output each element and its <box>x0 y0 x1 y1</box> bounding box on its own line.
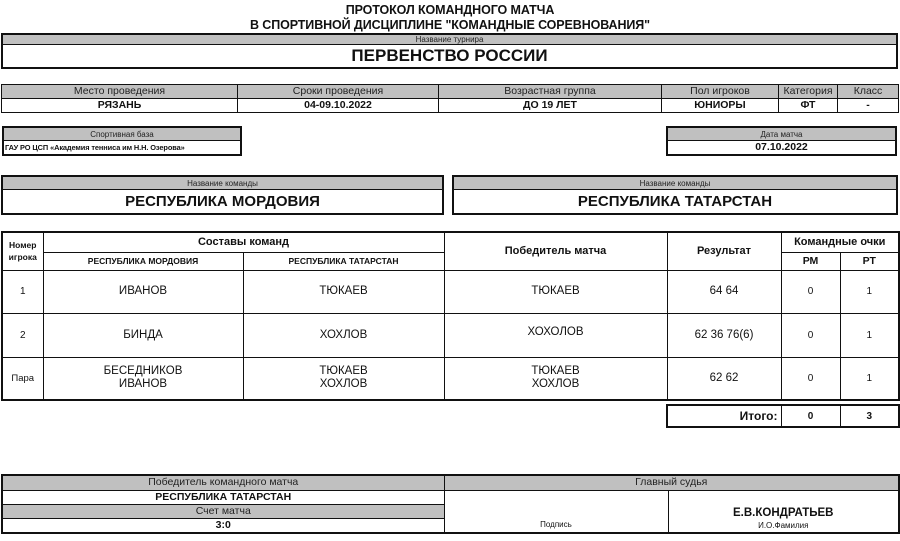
row-number: 1 <box>2 270 43 313</box>
venue-value: РЯЗАНЬ <box>2 99 238 113</box>
dates-value: 04-09.10.2022 <box>238 99 439 113</box>
pair-player-2: ХОХЛОВ <box>244 378 444 391</box>
row-winner: ТЮКАЕВ <box>444 270 667 313</box>
gender-value: ЮНИОРЫ <box>662 99 779 113</box>
sports-base-box: Спортивная база ГАУ РО ЦСП «Академия тен… <box>2 126 242 156</box>
age-group-value: ДО 19 ЛЕТ <box>439 99 662 113</box>
tournament-label: Название турнира <box>3 35 896 45</box>
document-title-line1: ПРОТОКОЛ КОМАНДНОГО МАТЧА <box>0 3 900 18</box>
pair-player-2: ИВАНОВ <box>44 378 243 391</box>
footer-table: Победитель командного матча Главный судь… <box>1 474 900 534</box>
row-team1-player: ИВАНОВ <box>43 270 243 313</box>
match-date-label: Дата матча <box>668 128 895 141</box>
col-match-winner: Победитель матча <box>444 232 667 270</box>
row-points-team2: 1 <box>840 270 899 313</box>
dates-label: Сроки проведения <box>238 85 439 99</box>
team1-label: Название команды <box>3 177 442 190</box>
col-result: Результат <box>667 232 781 270</box>
document-title-line2: В СПОРТИВНОЙ ДИСЦИПЛИНЕ "КОМАНДНЫЕ СОРЕВ… <box>0 18 900 33</box>
row-result: 62 62 <box>667 357 781 400</box>
col-player-number: Номер игрока <box>2 232 43 270</box>
col-player-number-line2: игрока <box>3 251 43 263</box>
team2-box: Название команды РЕСПУБЛИКА ТАТАРСТАН <box>452 175 898 215</box>
row-team2-player: ХОХЛОВ <box>243 313 444 357</box>
referee-name-label: И.О.Фамилия <box>669 521 899 531</box>
pair-winner-2: ХОХЛОВ <box>445 378 667 391</box>
match-winner-label: Победитель командного матча <box>2 475 444 490</box>
row-number: 2 <box>2 313 43 357</box>
team1-box: Название команды РЕСПУБЛИКА МОРДОВИЯ <box>1 175 444 215</box>
row-number: Пара <box>2 357 43 400</box>
row-team1-player: БИНДА <box>43 313 243 357</box>
totals-table: Итого: 0 3 <box>666 404 900 428</box>
pair-player-1: БЕСЕДНИКОВ <box>44 365 243 378</box>
referee-cell: Е.В.КОНДРАТЬЕВ И.О.Фамилия <box>668 490 899 533</box>
row-points-team2: 1 <box>840 357 899 400</box>
venue-label: Место проведения <box>2 85 238 99</box>
row-points-team2: 1 <box>840 313 899 357</box>
pair-winner-1: ТЮКАЕВ <box>445 365 667 378</box>
row-winner: ХОХОЛОВ <box>444 313 667 357</box>
category-label: Категория <box>779 85 838 99</box>
row-points-team1: 0 <box>781 270 840 313</box>
table-row: 1 ИВАНОВ ТЮКАЕВ ТЮКАЕВ 64 64 0 1 <box>2 270 899 313</box>
referee-name: Е.В.КОНДРАТЬЕВ <box>669 506 899 521</box>
class-value: - <box>838 99 899 113</box>
row-points-team1: 0 <box>781 357 840 400</box>
tournament-box: Название турнира ПЕРВЕНСТВО РОССИИ <box>1 33 898 69</box>
age-group-label: Возрастная группа <box>439 85 662 99</box>
total-team1: 0 <box>781 405 840 427</box>
row-team1-pair: БЕСЕДНИКОВ ИВАНОВ <box>43 357 243 400</box>
gender-label: Пол игроков <box>662 85 779 99</box>
class-label: Класс <box>838 85 899 99</box>
total-label: Итого: <box>667 405 781 427</box>
row-points-team1: 0 <box>781 313 840 357</box>
row-winner-pair: ТЮКАЕВ ХОХЛОВ <box>444 357 667 400</box>
col-points-team2: РТ <box>840 252 899 270</box>
results-table: Номер игрока Составы команд Победитель м… <box>1 231 900 401</box>
row-result: 64 64 <box>667 270 781 313</box>
pair-player-1: ТЮКАЕВ <box>244 365 444 378</box>
match-score-label: Счет матча <box>2 504 444 518</box>
col-team1-roster: РЕСПУБЛИКА МОРДОВИЯ <box>43 252 243 270</box>
col-points-team1: РМ <box>781 252 840 270</box>
match-date-box: Дата матча 07.10.2022 <box>666 126 897 156</box>
head-referee-label: Главный судья <box>444 475 899 490</box>
col-team-points: Командные очки <box>781 232 899 252</box>
team1-name: РЕСПУБЛИКА МОРДОВИЯ <box>3 190 442 213</box>
row-team2-pair: ТЮКАЕВ ХОХЛОВ <box>243 357 444 400</box>
col-player-number-line1: Номер <box>3 239 43 251</box>
sports-base-label: Спортивная база <box>4 128 240 141</box>
signature-label: Подпись <box>444 490 668 533</box>
table-row: Пара БЕСЕДНИКОВ ИВАНОВ ТЮКАЕВ ХОХЛОВ ТЮК… <box>2 357 899 400</box>
category-value: ФТ <box>779 99 838 113</box>
sports-base-value: ГАУ РО ЦСП «Академия тенниса им Н.Н. Озе… <box>4 141 240 154</box>
details-table: Место проведения Сроки проведения Возрас… <box>1 84 899 113</box>
team2-name: РЕСПУБЛИКА ТАТАРСТАН <box>454 190 896 213</box>
row-result: 62 36 76(6) <box>667 313 781 357</box>
match-score-value: 3:0 <box>2 518 444 533</box>
team2-label: Название команды <box>454 177 896 190</box>
row-team2-player: ТЮКАЕВ <box>243 270 444 313</box>
table-row: 2 БИНДА ХОХЛОВ ХОХОЛОВ 62 36 76(6) 0 1 <box>2 313 899 357</box>
tournament-name: ПЕРВЕНСТВО РОССИИ <box>3 45 896 67</box>
col-team2-roster: РЕСПУБЛИКА ТАТАРСТАН <box>243 252 444 270</box>
match-date-value: 07.10.2022 <box>668 141 895 154</box>
col-rosters: Составы команд <box>43 232 444 252</box>
total-team2: 3 <box>840 405 899 427</box>
match-winner-value: РЕСПУБЛИКА ТАТАРСТАН <box>2 490 444 504</box>
